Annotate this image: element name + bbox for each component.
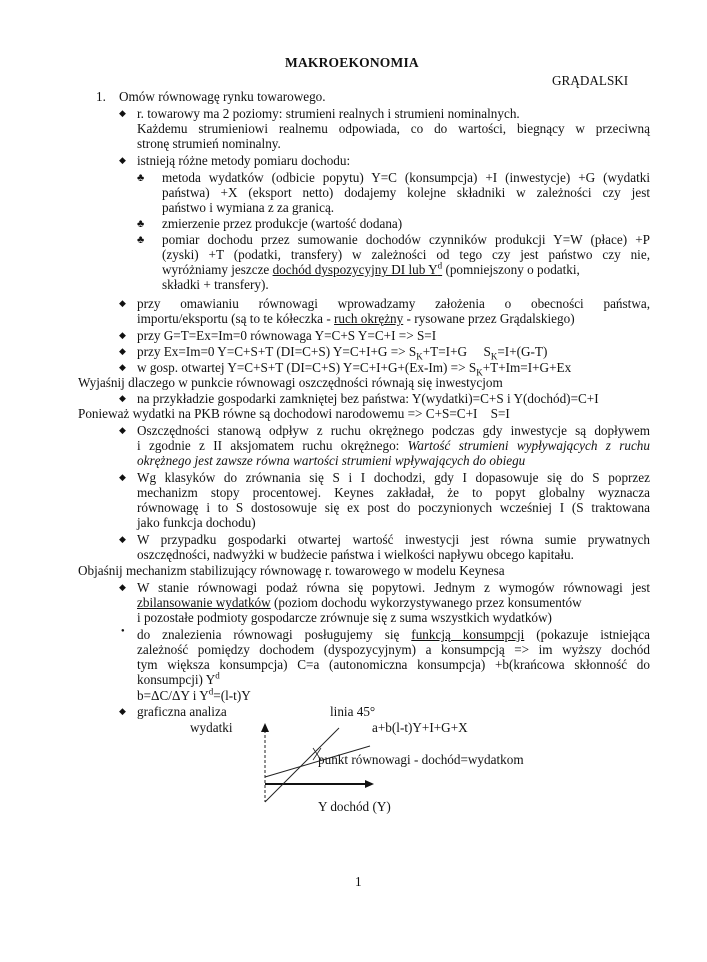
bullet-icon: ● <box>121 628 125 634</box>
s2-b2-line2: i zgodnie z II aksjomatem ruchu okrężneg… <box>137 438 650 453</box>
label-45-degree: linia 45° <box>330 704 375 719</box>
s1-b4: przy G=T=Ex=Im=0 równowaga Y=C+S Y=C+I =… <box>137 328 436 343</box>
s2-b2-line1: Oszczędności stanową odpływ z ruchu okrę… <box>137 423 650 438</box>
bullet-icon: ◆ <box>119 706 126 717</box>
document-title: MAKROEKONOMIA <box>285 55 419 70</box>
s3-b2-line5: b=ΔC/ΔY i Yd=(l-t)Y <box>137 688 251 703</box>
s3-b1-line2: zbilansowanie wydatków (poziom dochodu w… <box>137 595 582 610</box>
s2-b4-line2: oszczędności, nadwyżki w budżecie państw… <box>137 547 574 562</box>
s1-s3-line3: wyróżniamy jeszcze dochód dyspozycyjny D… <box>162 262 650 277</box>
expenditure-line-label: a+b(l-t)Y+I+G+X <box>372 720 468 735</box>
s2-b3-line4: jako funkcja dochodu) <box>137 515 256 530</box>
s3-b2-line4: konsumpcji) Yd <box>137 672 220 687</box>
bullet-icon: ◆ <box>119 393 126 404</box>
page-number: 1 <box>355 874 362 889</box>
s2-line: Ponieważ wydatki na PKB równe są dochodo… <box>78 406 510 421</box>
s2-b4-line1: W przypadku gospodarki otwartej wartość … <box>137 532 650 547</box>
s2-b2-line3: okrężnego jest zawsze równa wartości str… <box>137 453 525 468</box>
bullet-icon: ◆ <box>119 108 126 119</box>
s2-b1: na przykładzie gospodarki zamkniętej bez… <box>137 391 599 406</box>
x-axis-arrow-icon <box>365 780 374 788</box>
s3-b2-line2: zależność pomiędzy dochodem (dyspozycyjn… <box>137 642 650 657</box>
bullet-icon: ◆ <box>119 330 126 341</box>
s1-b1-line1: r. towarowy ma 2 poziomy: strumieni real… <box>137 106 520 121</box>
bullet-icon: ◆ <box>119 582 126 593</box>
bullet-icon: ◆ <box>119 534 126 545</box>
bullet-icon: ◆ <box>119 298 126 309</box>
disposable-income-term: dochód dyspozycyjny DI lub Yd <box>273 262 443 277</box>
consumption-function-term: funkcją konsumpcji <box>411 627 524 642</box>
line-45-degree <box>265 728 339 802</box>
circular-flow-term: ruch okrężny <box>334 311 403 326</box>
s1-b2: istnieją różne metody pomiaru dochodu: <box>137 153 350 168</box>
s2-b3-line2: mechanizm stopy procentowej. Keynes zakł… <box>137 485 650 500</box>
keynesian-cross-diagram <box>255 722 375 807</box>
s3-b1-line1: W stanie równowagi podaż równa się popyt… <box>137 580 650 595</box>
s2-b3-line1: Wg klasyków do zrównania się S i I docho… <box>137 470 650 485</box>
author-name: GRĄDALSKI <box>552 73 628 88</box>
section-number: 1. <box>96 89 106 104</box>
s1-s1-line2: państwa) +X (eksport netto) dodajemy kol… <box>162 185 650 200</box>
aggregate-expenditure-line <box>265 746 370 777</box>
club-bullet-icon: ♣ <box>137 218 144 230</box>
bullet-icon: ◆ <box>119 362 126 373</box>
s1-s3-line4: składki + transfery). <box>162 277 269 292</box>
s3-b3: graficzna analiza <box>137 704 227 719</box>
section3-heading: Objaśnij mechanizm stabilizujący równowa… <box>78 563 505 578</box>
bullet-icon: ◆ <box>119 472 126 483</box>
s1-s3-line2: (zyski) +T (podatki, transfery) w zależn… <box>162 247 650 262</box>
s2-b3-line3: równowagę i to S dostosowuje się ex post… <box>137 500 650 515</box>
s3-b2-line1: do znalezienia równowagi posługujemy się… <box>137 627 650 642</box>
s1-b5: przy Ex=Im=0 Y=C+S+T (DI=C+S) Y=C+I+G =>… <box>137 344 547 359</box>
club-bullet-icon: ♣ <box>137 172 144 184</box>
s3-b2-line3: tym większa konsumpcja) C=a (autonomiczn… <box>137 657 650 672</box>
club-bullet-icon: ♣ <box>137 234 144 246</box>
s1-s1-line1: metoda wydatków (odbicie popytu) Y=C (ko… <box>162 170 650 185</box>
s3-b1-line3: i pozostałe podmioty gospodarcze zrównuj… <box>137 610 552 625</box>
s1-b1-line3: stronę strumień nominalny. <box>137 136 281 151</box>
s1-s2: zmierzenie przez produkcje (wartość doda… <box>162 216 402 231</box>
section2-heading: Wyjaśnij dlaczego w punkcie równowagi os… <box>78 375 503 390</box>
y-axis-label: wydatki <box>190 720 233 735</box>
s1-b1-line2: Każdemu strumieniowi realnemu odpowiada,… <box>137 121 650 136</box>
y-axis-arrow-icon <box>261 723 269 732</box>
bullet-icon: ◆ <box>119 425 126 436</box>
bullet-icon: ◆ <box>119 155 126 166</box>
bullet-icon: ◆ <box>119 346 126 357</box>
s1-b6: w gosp. otwartej Y=C+S+T (DI=C+S) Y=C+I+… <box>137 360 571 375</box>
balanced-expenditure-term: zbilansowanie wydatków <box>137 595 271 610</box>
section1-heading: Omów równowagę rynku towarowego. <box>119 89 326 104</box>
s1-b3-line2: importu/eksportu (są to te kółeczka - ru… <box>137 311 575 326</box>
s1-s3-line1: pomiar dochodu przez sumowanie dochodów … <box>162 232 650 247</box>
s1-s1-line3: państwo i wymiana z za granicą. <box>162 200 334 215</box>
s1-b3-line1: przy omawianiu równowagi wprowadzamy zał… <box>137 296 650 311</box>
